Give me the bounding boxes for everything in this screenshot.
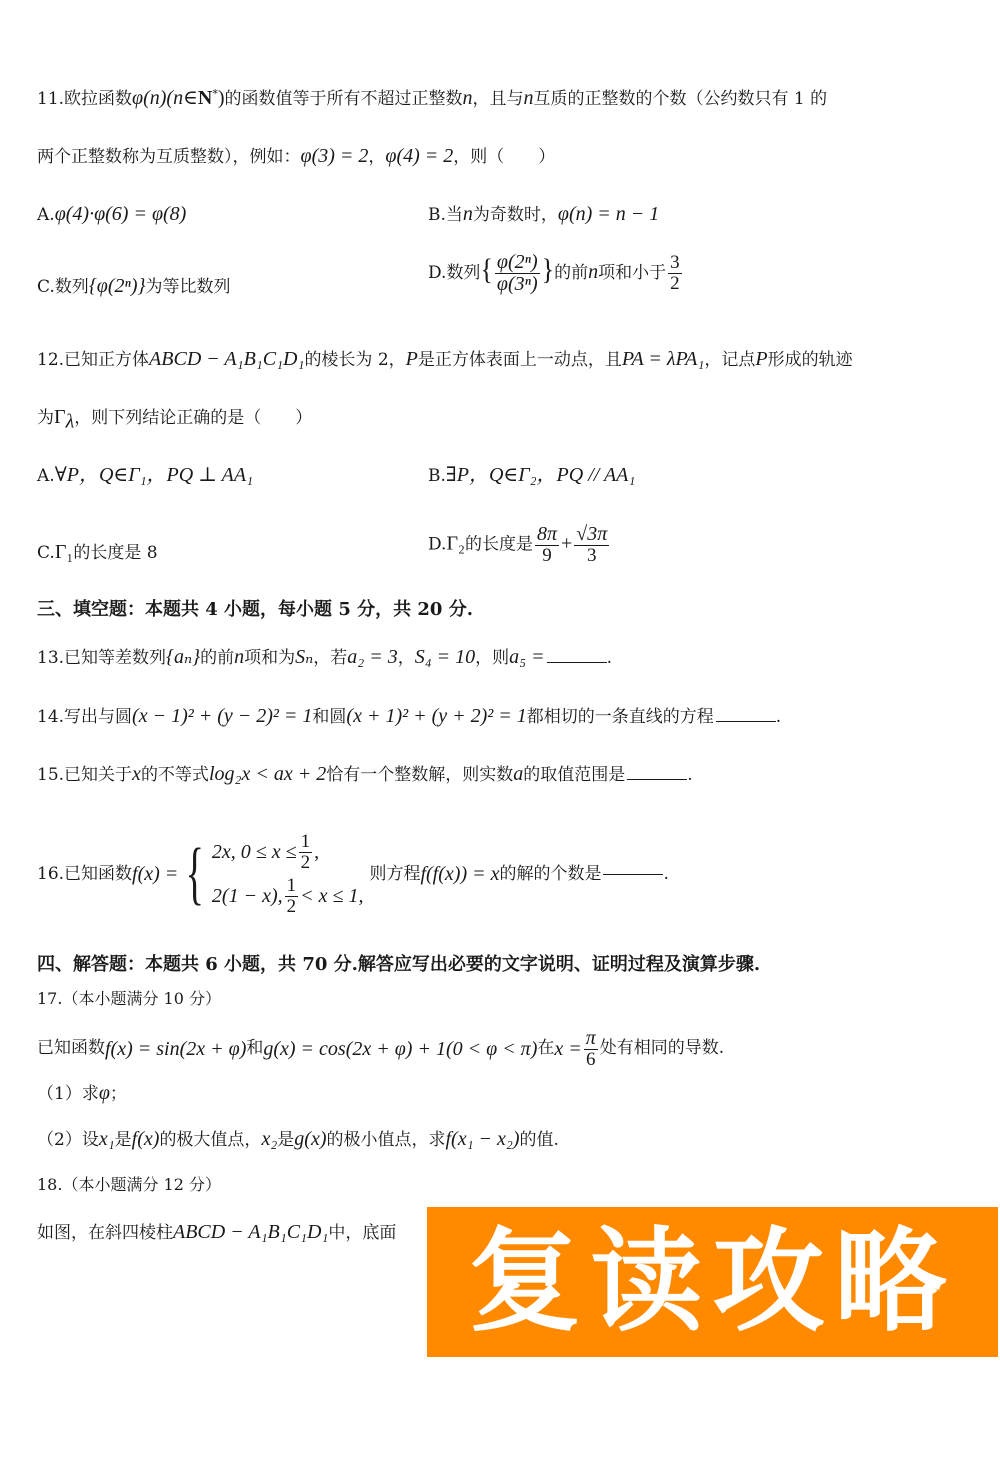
q13-text: 项和为 [244, 648, 295, 668]
q17-stem: 已知函数f(x) = sin(2x + φ)和g(x) = cos(2x + φ… [37, 1028, 724, 1070]
frac-den: 3 [585, 546, 599, 566]
q11-N: N [198, 87, 212, 109]
option-gamma: Γ₂ [446, 532, 465, 554]
option-math: ∀P，Q∈Γ₁，PQ ⊥ AA₁ [55, 464, 253, 486]
frac-half: 12 [285, 876, 299, 917]
q11-sep: ， [368, 147, 385, 167]
option-text: 的长度是 [465, 534, 533, 554]
q15-inequality: log₂x < ax + 2 [209, 763, 326, 785]
option-text: 数列 [446, 263, 480, 283]
q11-close: ) [218, 87, 225, 109]
q11-option-d: D.数列{φ(2ⁿ)φ(3ⁿ)}的前n项和小于32 [428, 252, 684, 295]
q18-prism: ABCD − A₁B₁C₁D₁ [173, 1221, 328, 1243]
q14-text: 和圆 [312, 707, 346, 727]
q17-gx: g(x) [294, 1128, 326, 1150]
frac-num: π [584, 1028, 598, 1050]
frac-half: 12 [299, 832, 313, 873]
q17-x2: x₂ [261, 1128, 277, 1150]
q12-option-b: B.∃P，Q∈Γ₂，PQ // AA₁ [428, 465, 635, 485]
section-fill-in-title: 三、填空题：本题共 4 小题，每小题 5 分，共 20 分. [37, 601, 473, 619]
q12-stem: 的棱长为 2， [304, 350, 405, 370]
frac-num: 8π [535, 524, 559, 546]
q17-text: 的值. [520, 1130, 559, 1150]
q11-line1: 11.欧拉函数φ(n)(n∈N*)的函数值等于所有不超过正整数n，且与n互质的正… [37, 88, 827, 108]
q12-option-d: D.Γ₂的长度是8π9+√3π3 [428, 524, 611, 566]
q11-option-b: B.当n为奇数时，φ(n) = n − 1 [428, 204, 659, 224]
q11-stem: 欧拉函数 [64, 89, 132, 109]
q17-part1: （1）求φ； [37, 1083, 127, 1103]
q17-text: 处有相同的导数. [600, 1040, 724, 1057]
frac-den: 9 [540, 546, 554, 566]
option-label: C. [37, 277, 55, 297]
q12-option-c: C.Γ₁的长度是 8 [37, 542, 158, 562]
frac-three-halves: 32 [668, 253, 682, 294]
q15-text: 已知关于 [64, 765, 132, 785]
option-math: {φ(2ⁿ)} [89, 275, 146, 297]
q12-stem: 为 [37, 408, 54, 428]
section-answer-title: 四、解答题：本题共 6 小题，共 70 分.解答应写出必要的文字说明、证明过程及… [37, 956, 760, 974]
q18-text: 如图，在斜四棱柱 [37, 1223, 173, 1243]
q16-text: 则方程 [369, 866, 420, 883]
brace-right-icon: } [542, 255, 554, 285]
case-end: , [314, 842, 319, 862]
q17-text: 的极小值点，求 [326, 1130, 445, 1150]
q14-end: . [776, 707, 781, 727]
case-expr: 2(1 − x), [212, 886, 283, 906]
option-text: 当 [446, 205, 463, 225]
option-math: ∃P，Q∈Γ₂，PQ // AA₁ [446, 464, 635, 486]
q16-number: 16. [37, 866, 64, 883]
frac-den: φ(3ⁿ) [495, 274, 540, 295]
option-gamma: Γ₁ [55, 541, 74, 563]
frac-num: φ(2ⁿ) [495, 252, 540, 274]
q18-text: 中，底面 [328, 1223, 396, 1243]
q17-text: 是 [277, 1130, 294, 1150]
frac-den: 2 [299, 853, 313, 873]
q12-gamma-sub: λ [66, 410, 75, 432]
frac-8pi-9: 8π9 [535, 524, 559, 566]
q12-stem: ，记点 [704, 350, 755, 370]
q13-text: ，则 [475, 648, 509, 668]
q13-text: 的前 [200, 648, 234, 668]
option-label: D. [428, 263, 446, 283]
q14-circle2: (x + 1)² + (y + 2)² = 1 [346, 705, 526, 727]
q16-equation: f(f(x)) = x [420, 864, 499, 884]
q18-header: 18.（本小题满分 12 分） [37, 1177, 221, 1193]
q16-fx: f(x) = [132, 864, 178, 884]
q12-gamma: Γ [54, 406, 66, 428]
q17-phi: φ [99, 1082, 110, 1104]
case-expr: 2x, 0 ≤ x ≤ [212, 842, 297, 862]
q11-number: 11. [37, 89, 64, 109]
q15-end: . [687, 765, 692, 785]
option-n: n [463, 203, 473, 225]
q11-n1: n [463, 87, 473, 109]
q11-option-c: C.数列{φ(2ⁿ)}为等比数列 [37, 276, 231, 296]
q11-stem-c: ，且与 [473, 89, 524, 109]
watermark-banner: 复读攻略 [427, 1207, 998, 1357]
option-text: 项和小于 [598, 263, 666, 283]
option-label: A. [37, 466, 55, 486]
q11-phi-expr: φ(n)(n∈ [132, 87, 198, 109]
option-label: A. [37, 205, 55, 225]
q11-option-a: A.φ(4)·φ(6) = φ(8) [37, 204, 186, 224]
q13-text: ， [398, 648, 415, 668]
q16-text: 的解的个数是 [499, 866, 601, 883]
q12-P: P [755, 348, 767, 370]
q14: 14.写出与圆(x − 1)² + (y − 2)² = 1和圆(x + 1)²… [37, 706, 781, 726]
q17-text: 和 [246, 1040, 263, 1057]
brace-left-icon: { [480, 255, 492, 285]
q12-line2: 为Γλ，则下列结论正确的是（ ） [37, 407, 312, 431]
case-end: < x ≤ 1, [300, 886, 363, 906]
q13: 13.已知等差数列{aₙ}的前n项和为Sₙ，若a₂ = 3，S₄ = 10，则a… [37, 647, 612, 667]
q14-text: 写出与圆 [64, 707, 132, 727]
q11-example1: φ(3) = 2 [301, 145, 369, 167]
q15-a: a [513, 763, 523, 785]
q15-number: 15. [37, 765, 64, 785]
q13-cond2: S₄ = 10 [415, 646, 475, 668]
q16-answer-blank[interactable] [603, 873, 663, 875]
q17-g: g(x) = cos(2x + φ) + 1(0 < φ < π) [263, 1039, 537, 1059]
frac-num: 1 [285, 876, 299, 897]
q11-stem-line2: 两个正整数称为互质整数），例如： [37, 147, 301, 167]
option-text: 为等比数列 [146, 277, 231, 297]
q12-ask: ，则下列结论正确的是（ ） [74, 408, 312, 428]
q12-number: 12. [37, 350, 64, 370]
q17-text: 已知函数 [37, 1040, 105, 1057]
q14-answer-blank[interactable] [716, 720, 776, 722]
q17-part1-end: ； [110, 1084, 127, 1104]
q17-text: 在 [537, 1040, 554, 1057]
plus: + [561, 532, 572, 554]
q17-text: 的极大值点， [159, 1130, 261, 1150]
q11-n2: n [524, 87, 534, 109]
q17-at: x = [554, 1039, 581, 1059]
option-text: 的前 [554, 263, 588, 283]
q16-text: 已知函数 [64, 866, 132, 883]
watermark-text: 复读攻略 [469, 1226, 957, 1338]
q12-line1: 12.已知正方体ABCD − A₁B₁C₁D₁的棱长为 2，P是正方体表面上一动… [37, 349, 853, 369]
option-label: D. [428, 534, 446, 554]
q16-end: . [663, 866, 668, 883]
q14-text: 都相切的一条直线的方程 [527, 707, 714, 727]
q17-part2: （2）设x₁是f(x)的极大值点，x₂是g(x)的极小值点，求f(x₁ − x₂… [37, 1129, 559, 1149]
q13-n: n [234, 646, 244, 668]
option-label: C. [37, 543, 55, 563]
piecewise-brace-icon: { [186, 839, 204, 909]
q16-piecewise: 2x, 0 ≤ x ≤12, 2(1 − x),12< x ≤ 1, [212, 830, 364, 918]
q16-case1: 2x, 0 ≤ x ≤12, [212, 830, 364, 874]
q15-text: 恰有一个整数解，则实数 [326, 765, 513, 785]
q15-text: 的不等式 [141, 765, 209, 785]
q11-stem-d: 互质的正整数的个数（公约数只有 1 的 [534, 89, 828, 109]
option-math: φ(n) = n − 1 [558, 203, 659, 225]
frac-den: 6 [584, 1050, 598, 1070]
q17-text: 是 [115, 1130, 132, 1150]
q17-text: （2）设 [37, 1130, 99, 1150]
q17-x1: x₁ [99, 1128, 115, 1150]
q15-text: 的取值范围是 [523, 765, 625, 785]
q13-text: ，若 [313, 648, 347, 668]
q12-cube: ABCD − A₁B₁C₁D₁ [149, 348, 304, 370]
q16: 16.已知函数f(x) = { 2x, 0 ≤ x ≤12, 2(1 − x),… [37, 818, 669, 930]
q12-stem: 形成的轨迹 [768, 350, 853, 370]
q16-case2: 2(1 − x),12< x ≤ 1, [212, 874, 364, 918]
option-text: 的长度是 8 [73, 543, 157, 563]
q17-fx: f(x) [132, 1128, 160, 1150]
frac-num: √3π [574, 524, 609, 546]
q12-stem: 是正方体表面上一动点，且 [418, 350, 622, 370]
q11-line2: 两个正整数称为互质整数），例如：φ(3) = 2，φ(4) = 2，则（ ） [37, 146, 555, 166]
q12-option-a: A.∀P，Q∈Γ₁，PQ ⊥ AA₁ [37, 465, 253, 485]
q14-circle1: (x − 1)² + (y − 2)² = 1 [132, 705, 312, 727]
q11-ask: ，则（ ） [453, 147, 555, 167]
q17-header: 17.（本小题满分 10 分） [37, 991, 221, 1007]
option-text: 数列 [55, 277, 89, 297]
frac-num: 3 [668, 253, 682, 274]
q17-part1-label: （1）求 [37, 1084, 99, 1104]
q17-f: f(x) = sin(2x + φ) [105, 1039, 246, 1059]
q13-ask: a₅ = [509, 646, 544, 668]
q12-stem: 已知正方体 [64, 350, 149, 370]
q14-number: 14. [37, 707, 64, 727]
q15-answer-blank[interactable] [627, 778, 687, 780]
q13-Sn: Sₙ [295, 646, 313, 668]
option-n: n [588, 261, 598, 283]
option-label: B. [428, 466, 446, 486]
q12-P: P [406, 348, 418, 370]
option-label: B. [428, 205, 446, 225]
q13-answer-blank[interactable] [547, 661, 607, 663]
frac-num: 1 [299, 832, 313, 853]
q11-stem-b: 的函数值等于所有不超过正整数 [225, 89, 463, 109]
q13-seq: {aₙ} [166, 646, 200, 668]
option-text: 为奇数时， [473, 205, 558, 225]
q12-condition: PA = λPA₁ [622, 348, 704, 370]
q15-x: x [132, 763, 141, 785]
option-math: φ(4)·φ(6) = φ(8) [55, 203, 187, 225]
q13-number: 13. [37, 648, 64, 668]
q13-end: . [607, 648, 612, 668]
frac-den: 2 [285, 897, 299, 917]
q11-example2: φ(4) = 2 [385, 145, 453, 167]
frac-pi-6: π6 [584, 1028, 598, 1070]
q13-cond1: a₂ = 3 [347, 646, 397, 668]
q17-f-diff: f(x₁ − x₂) [445, 1128, 519, 1150]
q18-stem: 如图，在斜四棱柱ABCD − A₁B₁C₁D₁中，底面 [37, 1222, 396, 1242]
q13-text: 已知等差数列 [64, 648, 166, 668]
frac-sqrt3pi-3: √3π3 [574, 524, 609, 566]
q15: 15.已知关于x的不等式log₂x < ax + 2恰有一个整数解，则实数a的取… [37, 764, 693, 784]
frac-den: 2 [668, 274, 682, 294]
option-d-fraction: φ(2ⁿ)φ(3ⁿ) [495, 252, 540, 295]
